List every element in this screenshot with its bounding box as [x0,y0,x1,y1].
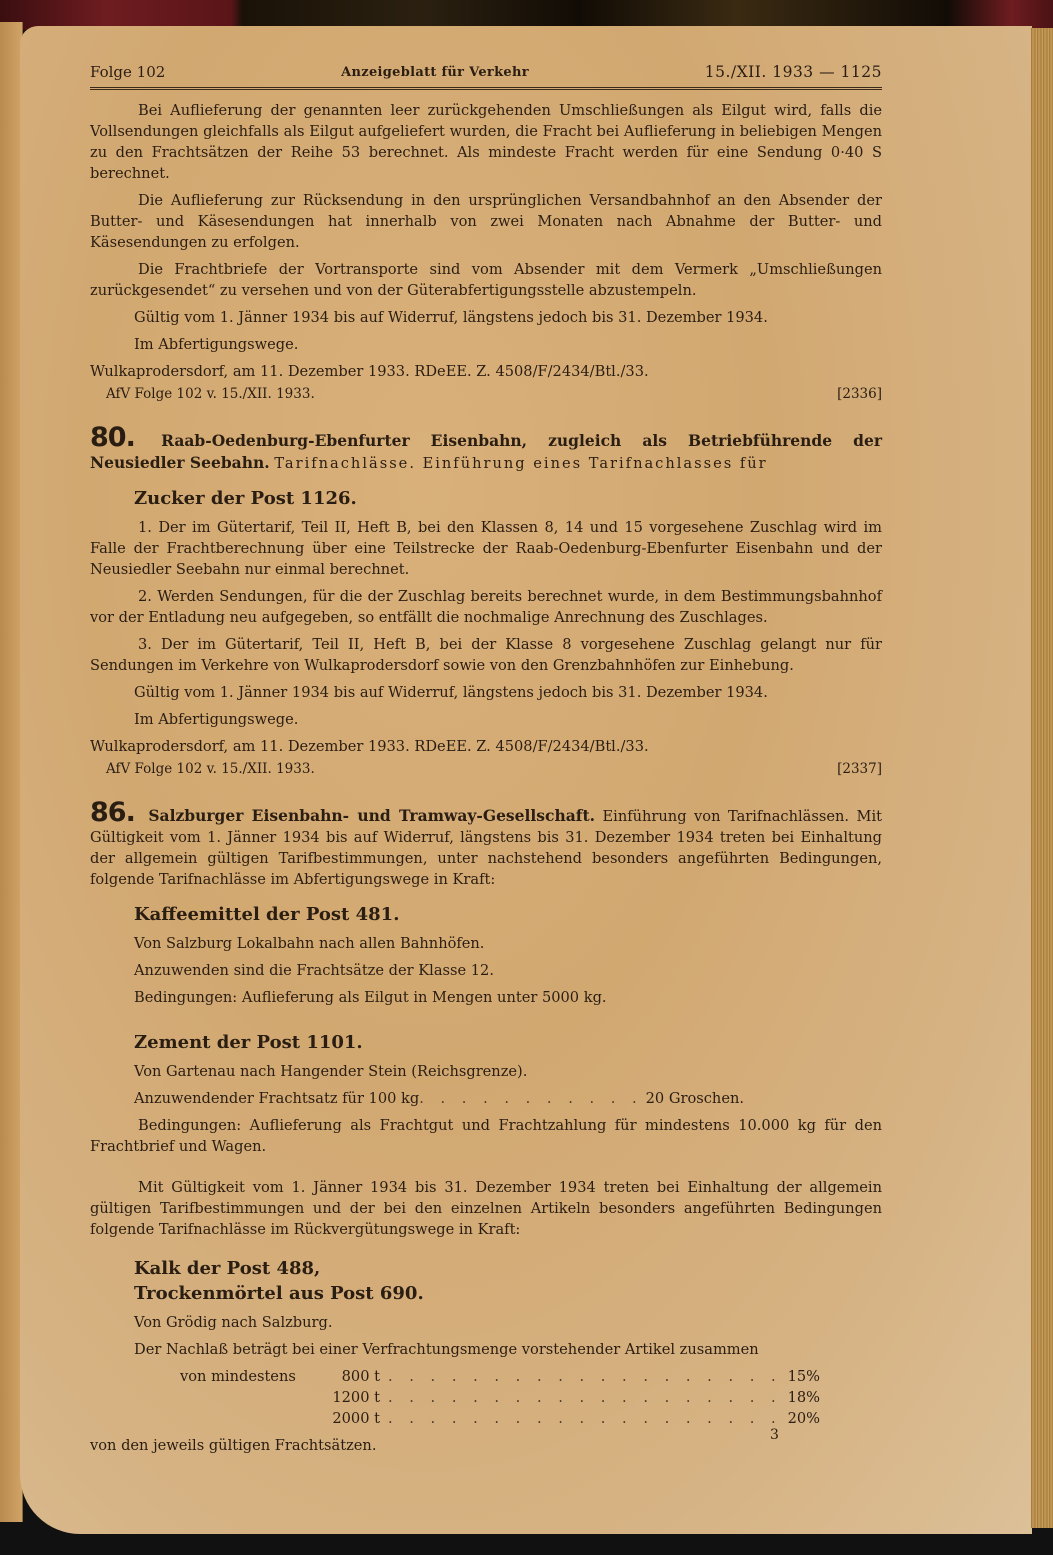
rate-label: Anzuwendender Frachtsatz für 100 kg [134,1088,419,1109]
discount-tier: von mindestens 800 t . . . . . . . . . .… [180,1366,820,1387]
paragraph: 2. Werden Sendungen, für die der Zuschla… [90,586,882,628]
issue-number: Folge 102 [90,62,165,83]
reference-row: AfV Folge 102 v. 15./XII. 1933. [2337] [90,759,882,780]
section-subtitle: Tarifnachlässe. Einführung eines Tarifna… [274,455,767,472]
paragraph: 1. Der im Gütertarif, Teil II, Heft B, b… [90,517,882,580]
procedure-line: Im Abfertigungswege. [134,334,882,355]
tier-label: von mindestens [180,1366,300,1387]
rate-line: Anzuwenden sind die Frachtsätze der Klas… [134,960,882,981]
page-content: Folge 102 Anzeigeblatt für Verkehr 15./X… [90,62,882,1456]
publication-title: Anzeigeblatt für Verkehr [341,62,529,83]
discount-intro: Der Nachlaß beträgt bei einer Verfrachtu… [134,1339,882,1360]
signature-mark: 3 [770,1427,779,1443]
signature-line: Wulkaprodersdorf, am 11. Dezember 1933. … [90,361,882,382]
tier-label [180,1387,300,1408]
paragraph: Bei Auflieferung der genannten leer zurü… [90,100,882,184]
leader-dots: . . . . . . . . . . . . . . . . . . . . … [388,1366,780,1387]
route-line: Von Gartenau nach Hangender Stein (Reich… [134,1061,882,1082]
item-heading: Trockenmörtel aus Post 690. [134,1283,882,1304]
item-heading: Zement der Post 1101. [134,1032,882,1053]
validity-line: Gültig vom 1. Jänner 1934 bis auf Widerr… [134,307,882,328]
section-86-heading: 86. Salzburger Eisenbahn- und Tramway-Ge… [90,802,882,890]
discount-tier: 1200 t . . . . . . . . . . . . . . . . .… [180,1387,820,1408]
tier-amount: 800 t [300,1366,388,1387]
leader-dots: . . . . . . . . . . . . . . . . . . . . … [388,1387,780,1408]
date-and-page: 15./XII. 1933 — 1125 [705,62,882,83]
validity-line: Gültig vom 1. Jänner 1934 bis auf Widerr… [134,682,882,703]
section-80-heading: 80. Raab-Oedenburg-Ebenfurter Eisenbahn,… [90,427,882,474]
reference-row: AfV Folge 102 v. 15./XII. 1933. [2336] [90,384,882,405]
tier-amount: 1200 t [300,1387,388,1408]
refund-paragraph: Mit Gültigkeit vom 1. Jänner 1934 bis 31… [90,1177,882,1240]
tier-percent: 18% [780,1387,820,1408]
notice-number: [2337] [837,759,882,780]
section-title: Salzburger Eisenbahn- und Tramway-Gesell… [148,806,595,825]
conditions-paragraph: Bedingungen: Auflieferung als Frachtgut … [90,1115,882,1157]
leader-dots: . . . . . . . . . . . . . . . . . . . . … [388,1408,780,1429]
leader-dots: . . . . . . . . . . . . . . . . . . . . [419,1088,645,1109]
item-heading: Zucker der Post 1126. [134,488,882,509]
conditions-line: Bedingungen: Auflieferung als Eilgut in … [134,987,882,1008]
route-line: Von Grödig nach Salzburg. [134,1312,882,1333]
tier-percent: 15% [780,1366,820,1387]
section-number: 80. [90,422,135,453]
rate-line: Anzuwendender Frachtsatz für 100 kg . . … [134,1088,744,1109]
reference: AfV Folge 102 v. 15./XII. 1933. [90,759,315,780]
paragraph: Die Frachtbriefe der Vortransporte sind … [90,259,882,301]
section-number: 86. [90,797,135,828]
closing-line: von den jeweils gültigen Frachtsätzen. [90,1435,882,1456]
tier-percent: 20% [780,1408,820,1429]
running-header: Folge 102 Anzeigeblatt für Verkehr 15./X… [90,62,882,90]
tier-label [180,1408,300,1429]
procedure-line: Im Abfertigungswege. [134,709,882,730]
route-line: Von Salzburg Lokalbahn nach allen Bahnhö… [134,933,882,954]
notice-number: [2336] [837,384,882,405]
item-heading: Kalk der Post 488, [134,1258,882,1279]
tier-amount: 2000 t [300,1408,388,1429]
paragraph: Die Auflieferung zur Rücksendung in den … [90,190,882,253]
reference: AfV Folge 102 v. 15./XII. 1933. [90,384,315,405]
signature-line: Wulkaprodersdorf, am 11. Dezember 1933. … [90,736,882,757]
item-heading: Kaffeemittel der Post 481. [134,904,882,925]
paragraph: 3. Der im Gütertarif, Teil II, Heft B, b… [90,634,882,676]
discount-tier: 2000 t . . . . . . . . . . . . . . . . .… [180,1408,820,1429]
rate-value: 20 Groschen. [646,1088,744,1109]
page-stack-edges [1031,28,1053,1528]
